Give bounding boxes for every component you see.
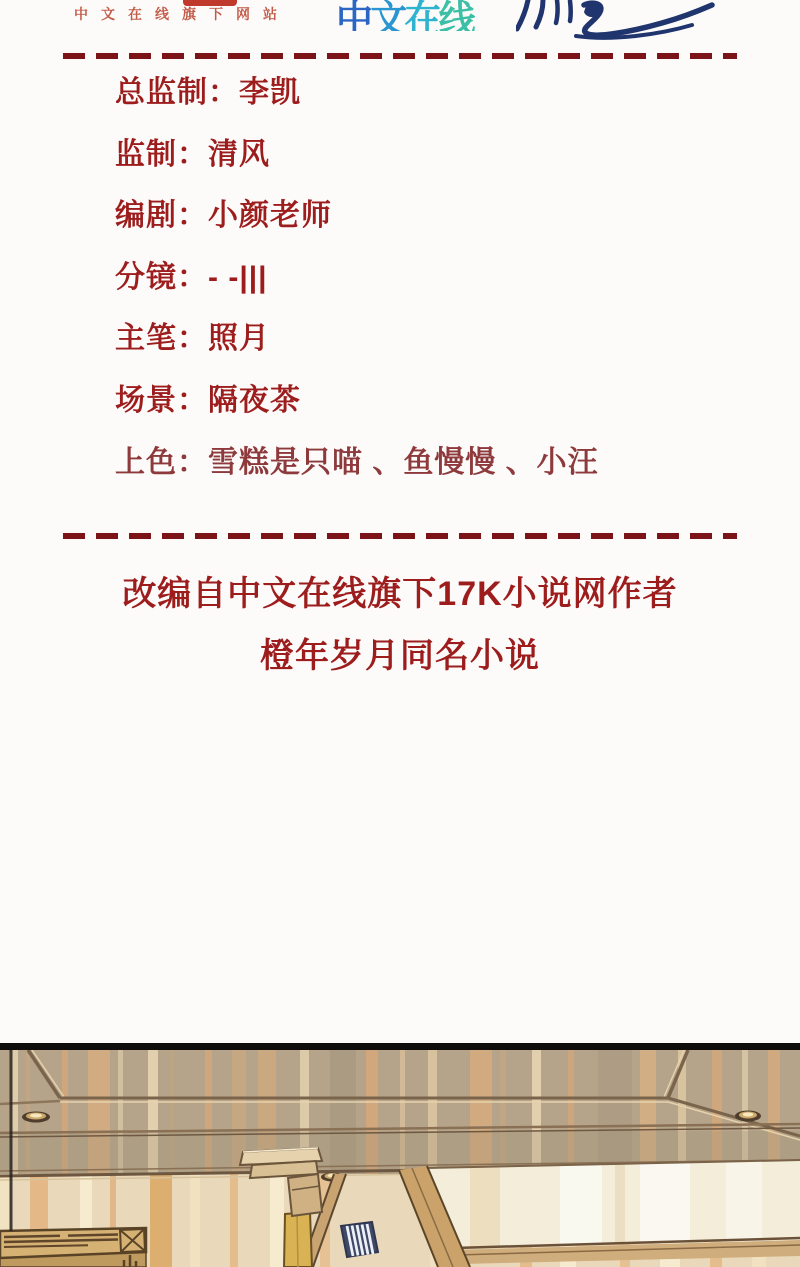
- credit-label: 分镜: [115, 261, 177, 294]
- credit-colon: ：: [177, 138, 208, 171]
- comic-credits-page: 中文在线旗下网站 中文在线 总监制：李凯 监制：清风 编剧：小颜老师 分镜：- …: [0, 0, 800, 1267]
- credit-row-chief-producer: 总监制：李凯: [115, 62, 599, 124]
- credits-list: 总监制：李凯 监制：清风 编剧：小颜老师 分镜：- -||| 主笔：照月 场景：…: [115, 62, 599, 493]
- ceiling-light: [735, 1111, 761, 1122]
- chineseall-logo: 中文在线: [336, 0, 478, 31]
- credit-row-scenes: 场景：隔夜茶: [115, 370, 599, 432]
- comic-panel-art: [0, 1050, 800, 1267]
- credit-row-producer: 监制：清风: [115, 124, 599, 186]
- credit-colon: ：: [177, 322, 208, 355]
- credit-colon: ：: [177, 261, 208, 294]
- chineseall-logo-text: 中文在线: [336, 0, 473, 31]
- credit-value: 照月: [208, 322, 270, 355]
- credit-label: 编剧: [115, 199, 177, 232]
- logo-char: 中: [336, 0, 370, 31]
- credit-row-storyboard: 分镜：- -|||: [115, 247, 599, 309]
- credit-row-lead-artist: 主笔：照月: [115, 308, 599, 370]
- credit-value: 隔夜茶: [208, 384, 301, 417]
- signature-logo-icon: [516, 0, 716, 44]
- credit-value: 小颜老师: [208, 199, 332, 232]
- credit-label: 监制: [115, 138, 177, 171]
- credit-value: 李凯: [239, 76, 301, 109]
- credit-label: 上色: [115, 446, 177, 479]
- credit-label: 场景: [115, 384, 177, 417]
- dashed-divider-top: [63, 53, 737, 59]
- logo-char: 线: [439, 0, 473, 31]
- credit-colon: ：: [177, 384, 208, 417]
- adaptation-line1: 改编自中文在线旗下17K小说网作者: [0, 564, 800, 626]
- credit-row-coloring: 上色：雪糕是只喵 、鱼慢慢 、小汪: [115, 432, 599, 494]
- site-tagline: 中文在线旗下网站: [74, 4, 290, 24]
- adaptation-note: 改编自中文在线旗下17K小说网作者 橙年岁月同名小说: [0, 564, 800, 687]
- adaptation-line2: 橙年岁月同名小说: [0, 626, 800, 688]
- sign-board: [0, 1228, 146, 1267]
- credit-value: 雪糕是只喵 、鱼慢慢 、小汪: [208, 446, 599, 479]
- credit-colon: ：: [177, 446, 208, 479]
- credit-label: 主笔: [115, 322, 177, 355]
- air-vent-grille: [341, 1222, 378, 1257]
- dashed-divider-bottom: [63, 533, 737, 539]
- logo-char: 在: [404, 0, 438, 31]
- credit-value: 清风: [208, 138, 270, 171]
- credit-value: - -|||: [208, 261, 268, 294]
- ceiling-light: [22, 1112, 50, 1123]
- logo-char: 文: [370, 0, 404, 31]
- sign-x-box: [120, 1229, 145, 1252]
- credit-colon: ：: [177, 199, 208, 232]
- credit-label: 总监制: [115, 76, 208, 109]
- credit-colon: ：: [208, 76, 239, 109]
- credit-row-screenwriter: 编剧：小颜老师: [115, 185, 599, 247]
- comic-panel: [0, 1043, 800, 1267]
